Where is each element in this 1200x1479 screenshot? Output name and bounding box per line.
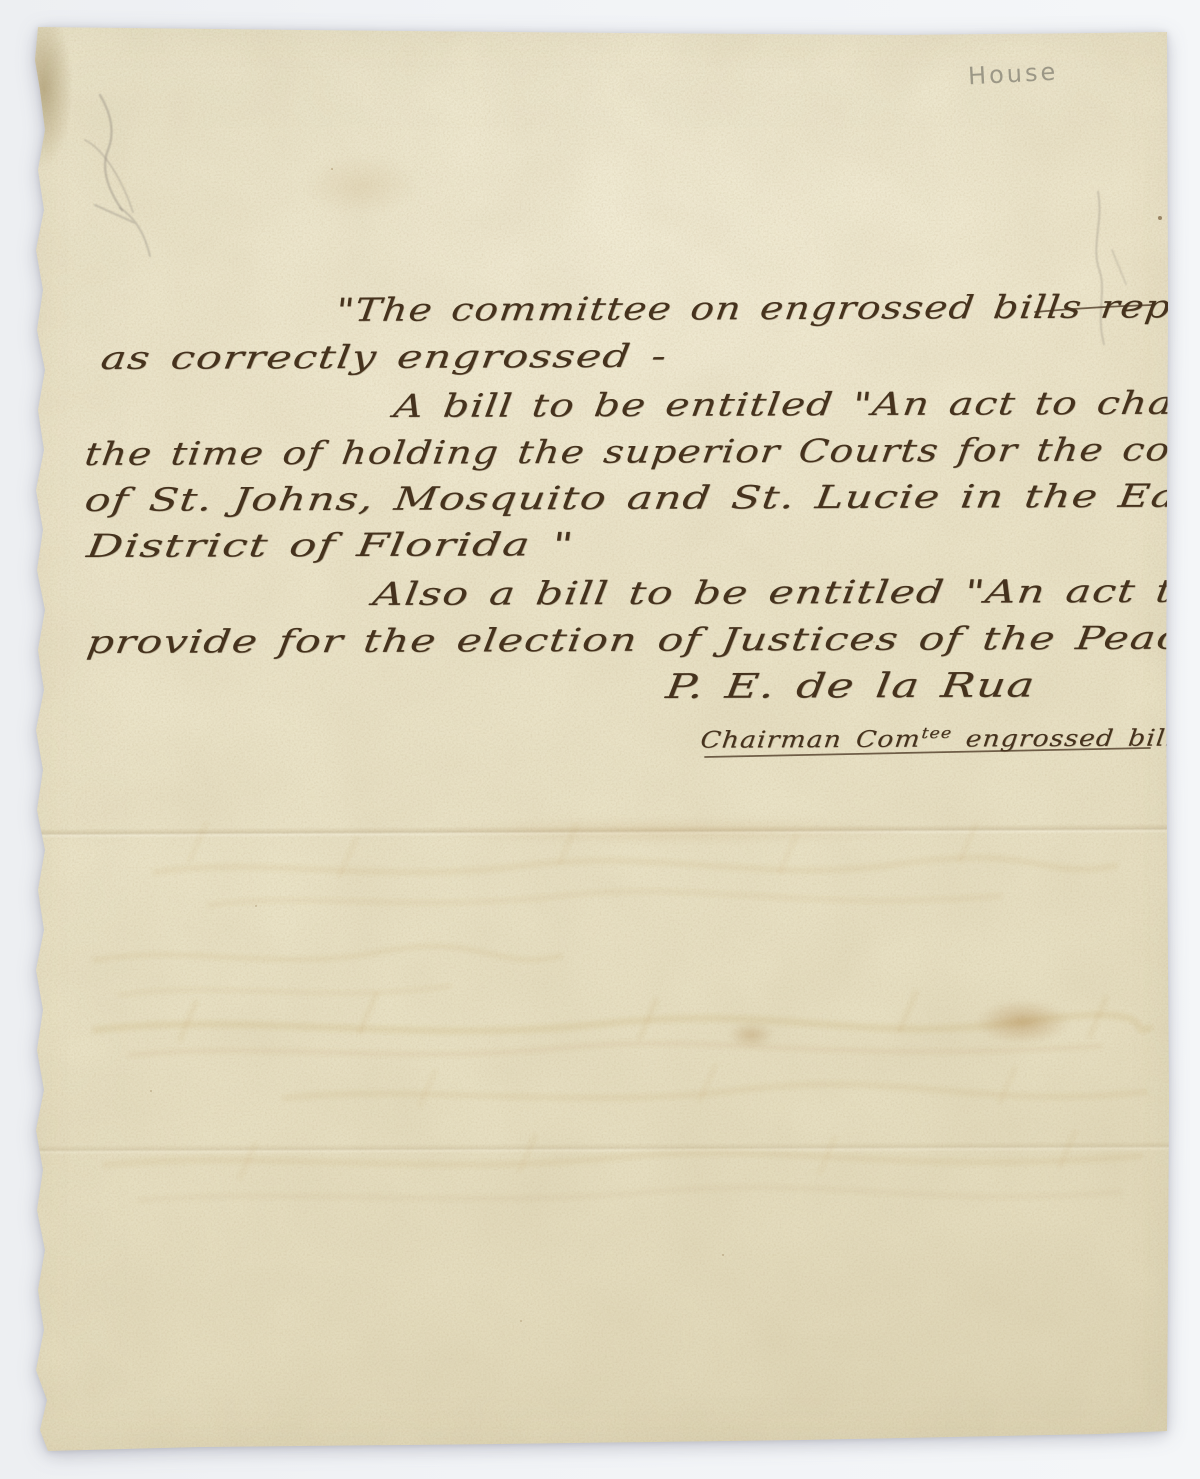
signature-title: Chairman Comtee engrossed bills	[699, 724, 1192, 754]
manuscript-line: "The committee on engrossed bills report	[334, 288, 1200, 329]
stain	[975, 1000, 1070, 1044]
manuscript-line: Also a bill to be entitled "An act to	[371, 573, 1200, 613]
manuscript-line: A bill to be entitled "An act to change	[392, 384, 1200, 424]
manuscript-line: the time of holding the superior Courts …	[83, 431, 1200, 473]
stain	[300, 155, 420, 215]
document-page: House "The committee on engrossed bills …	[0, 0, 1200, 1479]
signature-title-superscript: tee	[921, 724, 954, 742]
manuscript-line: as correctly engrossed -	[99, 338, 670, 377]
worn-corner	[30, 18, 130, 238]
pencil-annotation-house: House	[967, 58, 1059, 91]
stain	[728, 1022, 774, 1048]
scanned-document: House "The committee on engrossed bills …	[0, 0, 1200, 1479]
fold-crease	[36, 1141, 1170, 1155]
manuscript-line: of St. Johns, Mosquito and St. Lucie in …	[83, 477, 1200, 519]
signature-title-suffix: engrossed bills	[950, 725, 1191, 752]
stain	[430, 818, 910, 844]
signature-title-prefix: Chairman Com	[699, 727, 922, 754]
manuscript-line: provide for the election of Justices of …	[85, 619, 1200, 660]
paper-flecks	[0, 0, 2, 2]
manuscript-line: District of Florida "	[84, 526, 576, 565]
signature-name: P. E. de la Rua	[663, 667, 1037, 708]
